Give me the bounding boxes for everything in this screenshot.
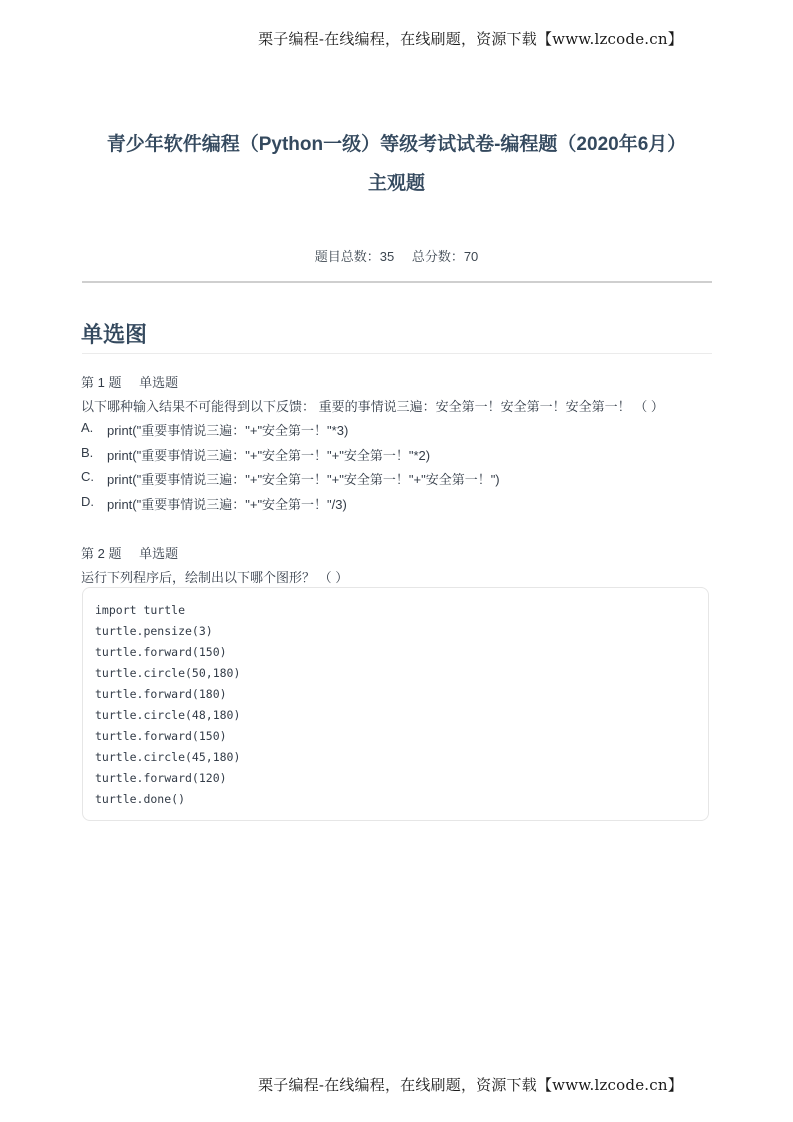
question-type: 单选题 [139, 546, 178, 561]
code-line: turtle.forward(150) [95, 645, 227, 659]
code-line: turtle.forward(180) [95, 687, 227, 701]
code-line: turtle.circle(50,180) [95, 666, 240, 680]
option-text: print("重要事情说三遍："+"安全第一！"*3) [107, 420, 348, 439]
question-2-header: 第 2 题 单选题 [81, 543, 178, 562]
option-letter: D. [81, 494, 107, 513]
document-title: 青少年软件编程（Python一级）等级考试试卷-编程题（2020年6月） [0, 130, 793, 160]
header-watermark: 栗子编程-在线编程，在线刷题，资源下载【www.lzcode.cn】 [0, 28, 793, 49]
code-line: turtle.circle(48,180) [95, 708, 240, 722]
code-line: turtle.forward(120) [95, 771, 227, 785]
exam-summary: 题目总数：35 总分数：70 [0, 246, 793, 265]
question-number: 第 1 题 [81, 375, 121, 390]
question-number: 第 2 题 [81, 546, 121, 561]
code-line: import turtle [95, 603, 185, 617]
option-letter: A. [81, 420, 107, 439]
code-line: turtle.forward(150) [95, 729, 227, 743]
header-divider [82, 281, 712, 283]
option-text: print("重要事情说三遍："+"安全第一！"/3) [107, 494, 347, 513]
option-letter: C. [81, 469, 107, 488]
total-score: 总分数：70 [412, 249, 478, 264]
code-line: turtle.pensize(3) [95, 624, 213, 638]
question-2-stem: 运行下列程序后，绘制出以下哪个图形？ （ ） [81, 567, 348, 586]
question-1-option-c[interactable]: C. print("重要事情说三遍："+"安全第一！"+"安全第一！"+"安全第… [81, 469, 500, 488]
question-1-option-b[interactable]: B. print("重要事情说三遍："+"安全第一！"+"安全第一！"*2) [81, 445, 430, 464]
question-1-header: 第 1 题 单选题 [81, 372, 178, 391]
option-letter: B. [81, 445, 107, 464]
code-line: turtle.circle(45,180) [95, 750, 240, 764]
total-questions: 题目总数：35 [315, 249, 394, 264]
question-type: 单选题 [139, 375, 178, 390]
code-line: turtle.done() [95, 792, 185, 806]
question-1-stem: 以下哪种输入结果不可能得到以下反馈： 重要的事情说三遍：安全第一！安全第一！安全… [81, 396, 664, 415]
section-title: 单选图 [81, 318, 147, 349]
option-text: print("重要事情说三遍："+"安全第一！"+"安全第一！"+"安全第一！"… [107, 469, 500, 488]
code-block: import turtle turtle.pensize(3) turtle.f… [82, 587, 709, 821]
document-subtitle: 主观题 [0, 169, 793, 199]
section-divider [82, 353, 712, 354]
footer-watermark: 栗子编程-在线编程，在线刷题，资源下载【www.lzcode.cn】 [0, 1074, 793, 1095]
question-1-option-a[interactable]: A. print("重要事情说三遍："+"安全第一！"*3) [81, 420, 348, 439]
option-text: print("重要事情说三遍："+"安全第一！"+"安全第一！"*2) [107, 445, 430, 464]
question-1-option-d[interactable]: D. print("重要事情说三遍："+"安全第一！"/3) [81, 494, 347, 513]
